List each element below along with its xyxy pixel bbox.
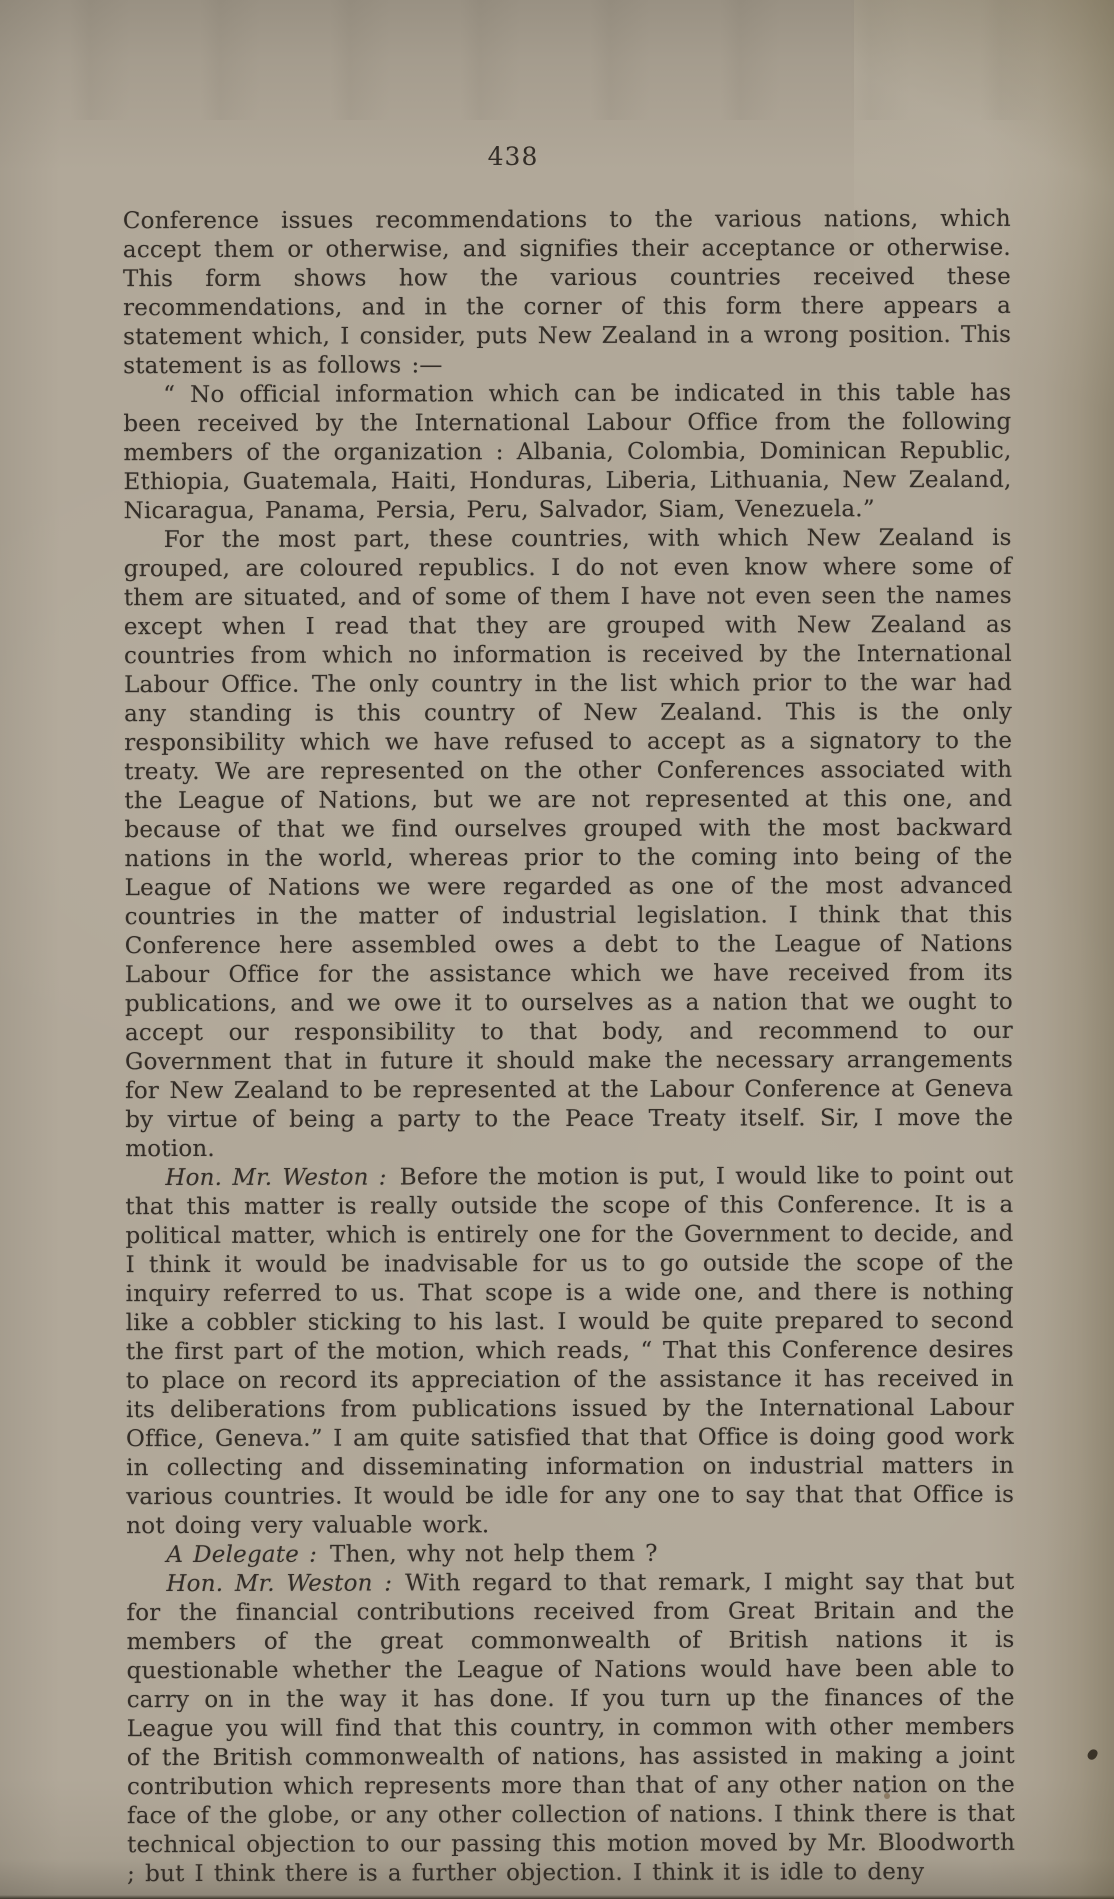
- paragraph-text: With regard to that remark, I might say …: [126, 1569, 1015, 1887]
- paragraph-text: “ No official information which can be i…: [123, 380, 1011, 524]
- paragraph-text: Then, why not help them ?: [330, 1541, 658, 1568]
- speaker-label: Hon. Mr. Weston :: [166, 1570, 392, 1597]
- paragraph-weston-1: Hon. Mr. Weston :Before the motion is pu…: [125, 1162, 1014, 1541]
- paragraph-text: Before the motion is put, I would like t…: [125, 1163, 1014, 1539]
- paragraph-quotation: “ No official information which can be i…: [123, 379, 1011, 526]
- scan-streaks-top: [0, 0, 1114, 120]
- paragraph-weston-2: Hon. Mr. Weston :With regard to that rem…: [126, 1568, 1015, 1889]
- scanned-page: 438 Conference issues recommendations to…: [0, 0, 1114, 1899]
- paragraph-text: For the most part, these countries, with…: [124, 525, 1014, 1162]
- paragraph-continuation: Conference issues recommendations to the…: [123, 205, 1011, 381]
- page-text: Conference issues recommendations to the…: [123, 205, 1015, 1889]
- speaker-label: A Delegate :: [166, 1542, 317, 1568]
- paragraph-text: Conference issues recommendations to the…: [123, 206, 1011, 379]
- speaker-label: Hon. Mr. Weston :: [165, 1164, 386, 1191]
- scan-speck: [1086, 1748, 1099, 1762]
- paragraph-delegate: A Delegate :Then, why not help them ?: [126, 1539, 1014, 1570]
- paragraph-speech: For the most part, these countries, with…: [124, 524, 1014, 1164]
- page-number: 438: [69, 142, 957, 171]
